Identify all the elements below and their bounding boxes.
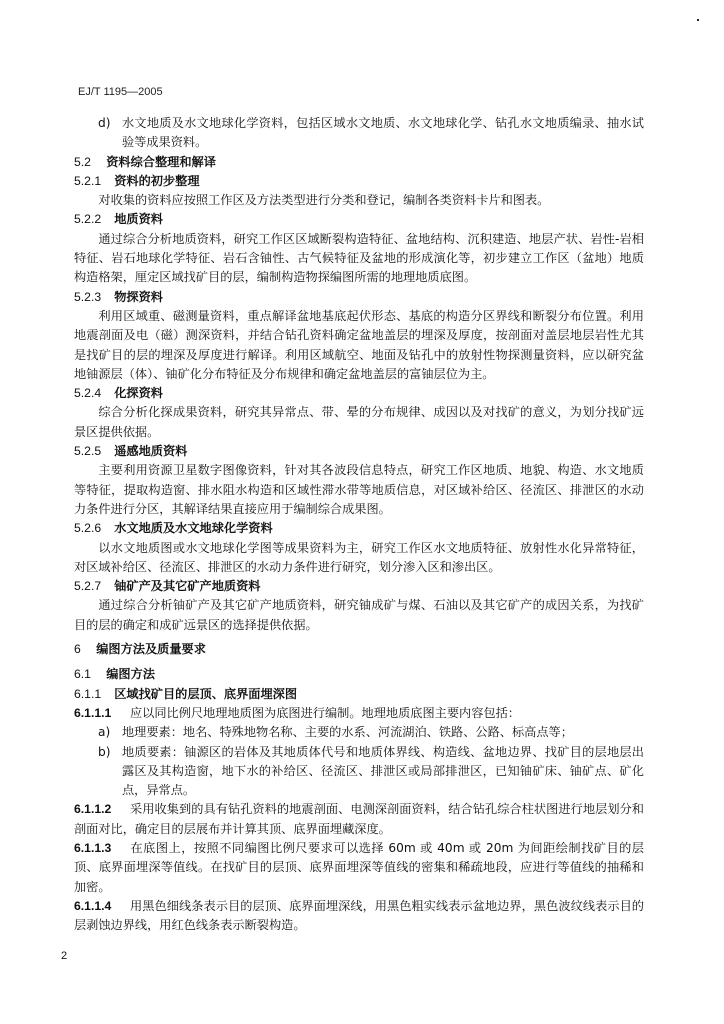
heading-5-2: 5.2 资料综合整理和解译 xyxy=(74,153,644,172)
heading-5-2-2: 5.2.2 地质资料 xyxy=(74,210,644,229)
section-number: 5.2.1 xyxy=(74,172,110,191)
paragraph: 对收集的资料应按照工作区及方法类型进行分类和登记，编制各类资料卡片和图表。 xyxy=(74,191,644,210)
section-title: 资料综合整理和解译 xyxy=(106,155,216,169)
heading-5-2-3: 5.2.3 物探资料 xyxy=(74,288,644,307)
heading-6-1-1: 6.1.1 区域找矿目的层顶、底界面埋深图 xyxy=(74,685,644,704)
clause-number: 6.1.1.4 xyxy=(74,897,130,916)
paragraph: 利用区域重、磁测量资料，重点解译盆地基底起伏形态、基底的构造分区界线和断裂分布位… xyxy=(74,307,644,384)
section-number: 6 xyxy=(74,640,92,659)
paragraph: 综合分析化探成果资料，研究其异常点、带、晕的分布规律、成因以及对找矿的意义，为划… xyxy=(74,403,644,442)
list-text: 水文地质及水文地球化学资料，包括区域水文地质、水文地球化学、钻孔水文地质编录、抽… xyxy=(122,114,644,153)
section-number: 5.2.4 xyxy=(74,384,110,403)
clause-6-1-1-3: 6.1.1.3在底图上，按照不同编图比例尺要求可以选择 60m 或 40m 或 … xyxy=(74,839,644,897)
section-number: 6.1 xyxy=(74,665,102,684)
paragraph: 通过综合分析地质资料，研究工作区区域断裂构造特征、盆地结构、沉积建造、地层产状、… xyxy=(74,230,644,288)
section-title: 化探资料 xyxy=(114,386,163,400)
list-label: b) xyxy=(98,743,120,762)
heading-5-2-1: 5.2.1 资料的初步整理 xyxy=(74,172,644,191)
section-number: 5.2.7 xyxy=(74,577,110,596)
list-label: d) xyxy=(98,114,120,133)
list-text: 地理要素：地名、特殊地物名称、主要的水系、河流湖泊、铁路、公路、标高点等； xyxy=(122,723,644,742)
clause-6-1-1-1: 6.1.1.1应以同比例尺地理地质图为底图进行编制。地理地质底图主要内容包括： xyxy=(74,704,644,723)
clause-number: 6.1.1.1 xyxy=(74,704,130,723)
clause-number: 6.1.1.3 xyxy=(74,839,130,858)
section-number: 5.2.6 xyxy=(74,519,110,538)
section-number: 5.2 xyxy=(74,153,102,172)
heading-5-2-5: 5.2.5 遥感地质资料 xyxy=(74,442,644,461)
clause-6-1-1-2: 6.1.1.2采用收集到的具有钻孔资料的地震剖面、电测深剖面资料，结合钻孔综合柱… xyxy=(74,800,644,839)
clause-text: 采用收集到的具有钻孔资料的地震剖面、电测深剖面资料，结合钻孔综合柱状图进行地层划… xyxy=(74,802,644,835)
paragraph: 主要利用资源卫星数字图像资料，针对其各波段信息特点，研究工作区地质、地貌、构造、… xyxy=(74,461,644,519)
list-item-a: a) 地理要素：地名、特殊地物名称、主要的水系、河流湖泊、铁路、公路、标高点等； xyxy=(74,723,644,742)
section-title: 铀矿产及其它矿产地质资料 xyxy=(114,579,260,593)
list-text: 地质要素：铀源区的岩体及其地质体代号和地质体界线、构造线、盆地边界、找矿目的层地… xyxy=(122,743,644,801)
section-title: 资料的初步整理 xyxy=(114,174,199,188)
section-title: 水文地质及水文地球化学资料 xyxy=(114,521,272,535)
section-title: 区域找矿目的层顶、底界面埋深图 xyxy=(114,687,297,701)
list-label: a) xyxy=(98,723,120,742)
heading-6-1: 6.1 编图方法 xyxy=(74,665,644,684)
paragraph: 通过综合分析铀矿产及其它矿产地质资料，研究铀成矿与煤、石油以及其它矿产的成因关系… xyxy=(74,596,644,635)
section-number: 6.1.1 xyxy=(74,685,110,704)
clause-text: 在底图上，按照不同编图比例尺要求可以选择 60m 或 40m 或 20m 为间距… xyxy=(74,841,644,894)
section-number: 5.2.5 xyxy=(74,442,110,461)
section-number: 5.2.3 xyxy=(74,288,110,307)
paragraph: 以水文地质图或水文地球化学图等成果资料为主，研究工作区水文地质特征、放射性水化异… xyxy=(74,539,644,578)
list-item-b: b) 地质要素：铀源区的岩体及其地质体代号和地质体界线、构造线、盆地边界、找矿目… xyxy=(74,743,644,801)
page-number: 2 xyxy=(61,950,67,962)
clause-6-1-1-4: 6.1.1.4用黑色细线条表示目的层顶、底界面埋深线，用黑色粗实线表示盆地边界，… xyxy=(74,897,644,936)
scan-mark xyxy=(697,19,699,21)
section-title: 地质资料 xyxy=(114,212,163,226)
section-title: 物探资料 xyxy=(114,290,163,304)
standard-code: EJ/T 1195—2005 xyxy=(78,86,163,98)
heading-5-2-7: 5.2.7 铀矿产及其它矿产地质资料 xyxy=(74,577,644,596)
section-title: 遥感地质资料 xyxy=(114,444,187,458)
heading-5-2-6: 5.2.6 水文地质及水文地球化学资料 xyxy=(74,519,644,538)
document-body: d) 水文地质及水文地球化学资料，包括区域水文地质、水文地球化学、钻孔水文地质编… xyxy=(74,114,644,935)
section-number: 5.2.2 xyxy=(74,210,110,229)
section-title: 编图方法 xyxy=(106,667,155,681)
heading-5-2-4: 5.2.4 化探资料 xyxy=(74,384,644,403)
clause-text: 用黑色细线条表示目的层顶、底界面埋深线，用黑色粗实线表示盆地边界，黑色波纹线表示… xyxy=(74,899,644,932)
clause-number: 6.1.1.2 xyxy=(74,800,130,819)
section-title: 编图方法及质量要求 xyxy=(96,642,206,656)
heading-6: 6 编图方法及质量要求 xyxy=(74,640,644,659)
list-item-d: d) 水文地质及水文地球化学资料，包括区域水文地质、水文地球化学、钻孔水文地质编… xyxy=(74,114,644,153)
clause-text: 应以同比例尺地理地质图为底图进行编制。地理地质底图主要内容包括： xyxy=(130,706,520,720)
